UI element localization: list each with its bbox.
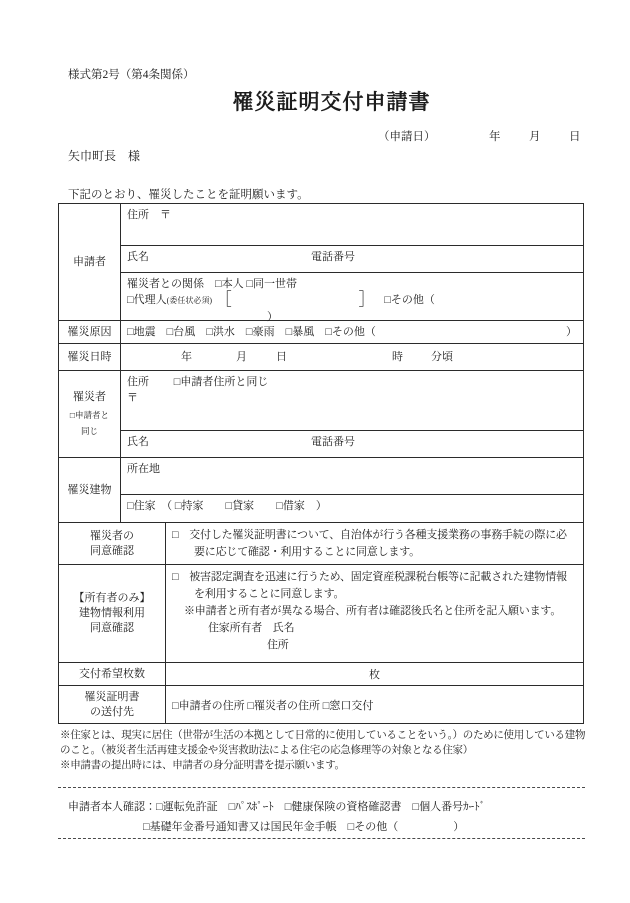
datetime-year: 年 [181,348,192,364]
label-copies: 交付希望枚数 [59,663,166,685]
application-form-page: 様式第2号（第4条関係） 罹災証明交付申請書 （申請日） 年 月 日 矢巾町長 … [0,0,630,903]
agent-bracket-open: ［ [215,290,232,309]
addressee: 矢巾町長 様 [68,147,140,164]
label-applicant: 申請者 [59,204,121,320]
victim-consent-line1: □ 交付した罹災証明書について、自治体が行う各種支援業務の事務手続の際に必 [172,527,577,544]
victim-postal-mark: 〒 [127,390,577,406]
label-victim-consent-1: 罹災者の [90,529,134,544]
label-owner-consent-2: 建物情報利用 [79,606,145,621]
application-date-year: 年 [489,128,501,144]
identity-check-line2: □基礎年金番号通知書又は国民年金手帳 □その他（ ） [143,818,464,834]
datetime-day: 日 [276,348,287,364]
victim-name-cell: 氏名 電話番号 [121,431,583,458]
page-title: 罹災証明交付申請書 [0,86,630,116]
row-victim-consent: 罹災者の 同意確認 □ 交付した罹災証明書について、自治体が行う各種支援業務の事… [59,523,583,565]
application-date-day: 日 [569,128,581,144]
cause-options: □地震 □台風 □洪水 □豪雨 □暴風 □その他（ [127,324,376,340]
applicant-phone-label: 電話番号 [311,249,355,265]
application-date-label: （申請日） [378,128,436,144]
row-copies: 交付希望枚数 枚 [59,663,583,686]
cut-line-bottom [58,838,585,839]
row-applicant: 申請者 住所 〒 氏名 電話番号 罹災者との関係 □本人 □同一世帯 □代理人(… [59,204,583,321]
victim-same-address-checkbox: □申請者住所と同じ [174,376,269,388]
applicant-name-cell: 氏名 電話番号 [121,246,583,273]
owner-consent-line1: □ 被害認定調査を迅速に行うため、固定資産税課税台帳等に記載された建物情報 [172,569,577,586]
label-disaster-datetime: 罹災日時 [59,344,121,370]
agent-note: (委任状必須) [167,296,212,305]
row-disaster-datetime: 罹災日時 年 月 日 時 分頃 [59,344,583,371]
datetime-month: 月 [236,348,247,364]
agent-checkbox-label: □代理人 [127,294,167,306]
datetime-minute: 分頃 [431,348,453,364]
applicant-address-cell: 住所 〒 [121,204,583,246]
row-building: 罹災建物 所在地 □住家 （ □持家 □貸家 □借家 ） [59,458,583,523]
label-owner-consent-1: 【所有者のみ】 [74,591,151,606]
relation-options-line1: 罹災者との関係 □本人 □同一世帯 [127,276,577,292]
applicant-relation-cell: 罹災者との関係 □本人 □同一世帯 □代理人(委任状必須) ［ ］ □その他（ … [121,273,583,321]
victim-address-label: 住所 [127,376,149,388]
application-table: 申請者 住所 〒 氏名 電話番号 罹災者との関係 □本人 □同一世帯 □代理人(… [58,203,584,724]
building-location-cell: 所在地 [121,458,583,495]
row-delivery: 罹災証明書 の送付先 □申請者の住所 □罹災者の住所 □窓口交付 [59,686,583,723]
label-victim-consent-2: 同意確認 [90,544,134,559]
victim-same-note-1: □申請者と [70,409,109,422]
building-location-label: 所在地 [127,463,160,475]
row-owner-consent: 【所有者のみ】 建物情報利用 同意確認 □ 被害認定調査を迅速に行うため、固定資… [59,565,583,663]
copies-unit: 枚 [369,666,380,682]
label-victim: 罹災者 [73,390,106,405]
owner-consent-line2: を利用することに同意します。 [172,586,577,603]
form-number: 様式第2号（第4条関係） [68,66,195,82]
footnotes: ※住家とは、現実に居住（世帯が生活の本拠として日常的に使用していることをいう。）… [60,729,588,773]
label-delivery-1: 罹災証明書 [85,690,140,705]
intro-sentence: 下記のとおり、罹災したことを証明願います。 [68,186,309,202]
victim-name-label: 氏名 [127,436,149,448]
application-date-month: 月 [529,128,541,144]
delivery-options: □申請者の住所 □罹災者の住所 □窓口交付 [172,697,373,713]
agent-bracket-close: ］ [358,290,375,309]
applicant-name-label: 氏名 [127,251,149,263]
identity-check-line1: 申請者本人確認：□運転免許証 □ﾊﾟｽﾎﾟｰﾄ □健康保険の資格確認書 □個人番… [68,798,485,814]
label-disaster-cause: 罹災原因 [59,321,121,343]
victim-same-note-2: 同じ [81,425,98,438]
owner-address-label: 住所 [172,637,577,654]
victim-phone-label: 電話番号 [311,434,355,450]
label-owner-consent-3: 同意確認 [90,621,134,636]
row-disaster-cause: 罹災原因 □地震 □台風 □洪水 □豪雨 □暴風 □その他（ ） [59,321,583,344]
building-type-options: □住家 （ □持家 □貸家 □借家 ） [127,500,327,512]
victim-consent-line2: 要に応じて確認・利用することに同意します。 [172,544,577,561]
applicant-address-label: 住所 〒 [127,209,171,221]
datetime-hour: 時 [392,348,403,364]
victim-address-cell: 住所 □申請者住所と同じ 〒 [121,371,583,431]
row-victim: 罹災者 □申請者と 同じ 住所 □申請者住所と同じ 〒 氏名 電話番号 [59,371,583,458]
footnote-line-3: ※申請書の提出時には、申請者の身分証明書を提示願います。 [60,759,588,774]
owner-consent-note: ※申請者と所有者が異なる場合、所有者は確認後氏名と住所を記入願います。 [172,603,577,620]
cause-other-close: ） [566,324,577,340]
label-building: 罹災建物 [59,458,121,522]
owner-name-label: 住家所有者 氏名 [172,620,577,637]
label-delivery-2: の送付先 [90,705,134,720]
cut-line-top [58,787,585,788]
footnote-line-2: のこと。（被災者生活再建支援金や災害救助法による住宅の応急修理等の対象となる住家… [60,744,588,759]
footnote-line-1: ※住家とは、現実に居住（世帯が生活の本拠として日常的に使用していることをいう。）… [60,729,588,744]
relation-other-label: □その他（ [384,294,435,306]
building-type-cell: □住家 （ □持家 □貸家 □借家 ） [121,495,583,523]
